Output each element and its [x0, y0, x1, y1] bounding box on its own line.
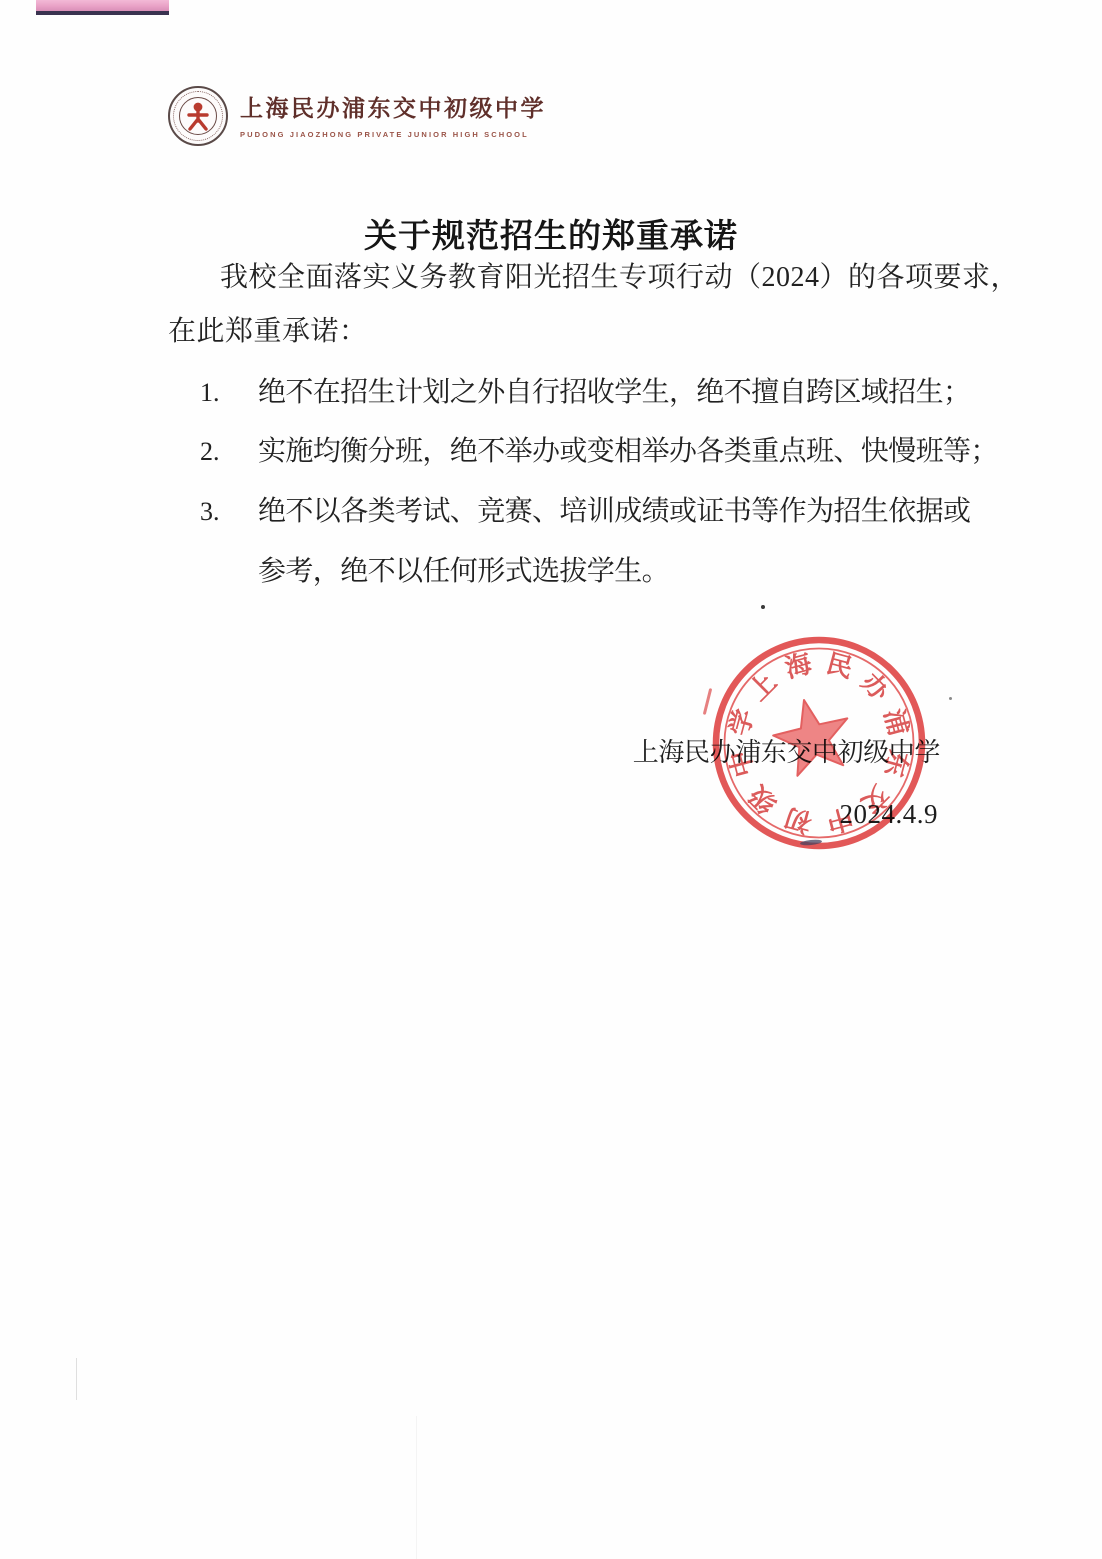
figure-icon [185, 101, 211, 131]
svg-text:浦: 浦 [878, 706, 914, 739]
list-item-3-line-2: 参考，绝不以任何形式选拔学生。 [258, 542, 980, 602]
scan-speck [949, 697, 952, 700]
signature-date: 2024.4.9 [840, 798, 939, 830]
list-item-2-number: 2. [200, 422, 258, 482]
svg-text:初: 初 [782, 802, 816, 838]
svg-text:办: 办 [856, 667, 896, 707]
list-item-3-line-1: 绝不以各类考试、竞赛、培训成绩或证书等作为招生依据或 [258, 482, 980, 542]
list-item-1-text: 绝不在招生计划之外自行招收学生，绝不擅自跨区域招生； [258, 363, 980, 423]
signature-school-name: 上海民办浦东交中初级中学 [633, 736, 940, 770]
svg-text:民: 民 [823, 648, 856, 684]
list-item-2-line-1: 实施均衡分班，绝不举办或变相举办各类重点班、快慢班等； [258, 422, 998, 482]
svg-text:海: 海 [782, 648, 816, 684]
list-item-3: 3. 绝不以各类考试、竞赛、培训成绩或证书等作为招生依据或 参考，绝不以任何形式… [200, 482, 980, 602]
logo-text-block: 上海民办浦东交中初级中学 PUDONG JIAOZHONG PRIVATE JU… [240, 86, 546, 139]
list-item-1: 1. 绝不在招生计划之外自行招收学生，绝不擅自跨区域招生； [200, 363, 980, 423]
logo-school-name-en: PUDONG JIAOZHONG PRIVATE JUNIOR HIGH SCH… [240, 130, 546, 139]
list-item-1-line-1: 绝不在招生计划之外自行招收学生，绝不擅自跨区域招生； [258, 363, 980, 423]
logo-school-name-zh: 上海民办浦东交中初级中学 [240, 90, 546, 123]
list-item-3-text: 绝不以各类考试、竞赛、培训成绩或证书等作为招生依据或 参考，绝不以任何形式选拔学… [258, 482, 980, 602]
scan-line-artifact [416, 1416, 417, 1559]
intro-line-2: 在此郑重承诺： [168, 302, 968, 362]
school-logo: 上海民办浦东交中初级中学 PUDONG JIAOZHONG PRIVATE JU… [168, 86, 546, 146]
svg-text:学: 学 [724, 706, 760, 739]
red-ink-smudge [703, 688, 712, 715]
list-item-3-number: 3. [200, 482, 258, 602]
scanned-document-page: 上海民办浦东交中初级中学 PUDONG JIAOZHONG PRIVATE JU… [0, 0, 1102, 1559]
emblem-inner-ring [179, 97, 217, 135]
list-item-2: 2. 实施均衡分班，绝不举办或变相举办各类重点班、快慢班等； [200, 422, 980, 482]
school-emblem-icon [168, 86, 228, 146]
intro-line-1: 我校全面落实义务教育阳光招生专项行动（2024）的各项要求， [168, 248, 968, 308]
ink-dot [761, 605, 765, 609]
svg-text:上: 上 [743, 667, 783, 707]
list-item-2-text: 实施均衡分班，绝不举办或变相举办各类重点班、快慢班等； [258, 422, 998, 482]
seal-bottom-smudge [800, 839, 822, 846]
scan-artifact-strip [36, 0, 169, 15]
list-item-1-number: 1. [200, 363, 258, 423]
svg-text:级: 级 [743, 780, 783, 820]
scan-edge-artifact [76, 1358, 77, 1400]
